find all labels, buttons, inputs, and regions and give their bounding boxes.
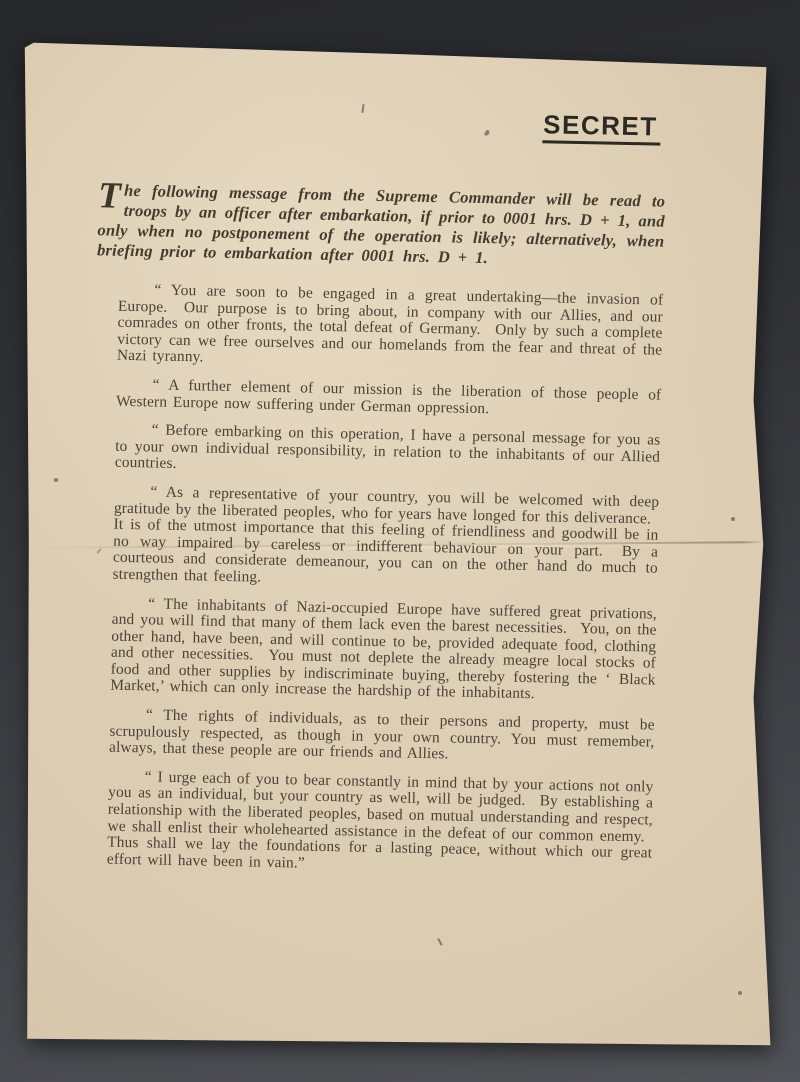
paper-speck [437,938,443,946]
classification-stamp: SECRET [542,111,661,145]
photo-background: { "document": { "classification": "SECRE… [0,0,800,1082]
message-paragraph: “ The rights of individuals, as to their… [109,707,655,768]
document-paper: SECRET The following message from the Su… [0,0,800,1082]
message-paragraph: “ I urge each of you to bear constantly … [107,768,654,878]
paper-speck [738,991,742,995]
header-row: SECRET [99,102,661,147]
message-paragraph: “ You are soon to be engaged in a great … [117,282,664,376]
paper-shadow: SECRET The following message from the Su… [0,0,800,1082]
message-paragraph: “ A further element of our mission is th… [116,377,662,421]
message-body: “ You are soon to be engaged in a great … [107,282,664,879]
document-content: SECRET The following message from the Su… [85,102,667,879]
message-paragraph: “ The inhabitants of Nazi-occupied Europ… [110,595,657,705]
intro-paragraph: The following message from the Supreme C… [97,180,665,271]
drop-cap-letter: T [98,180,124,212]
message-paragraph: “ Before embarking on this operation, I … [115,422,661,483]
intro-text: he following message from the Supreme Co… [97,181,665,267]
paper-speck [731,517,735,521]
message-paragraph: “ As a representative of your country, y… [112,484,659,594]
paper-speck [54,478,58,482]
